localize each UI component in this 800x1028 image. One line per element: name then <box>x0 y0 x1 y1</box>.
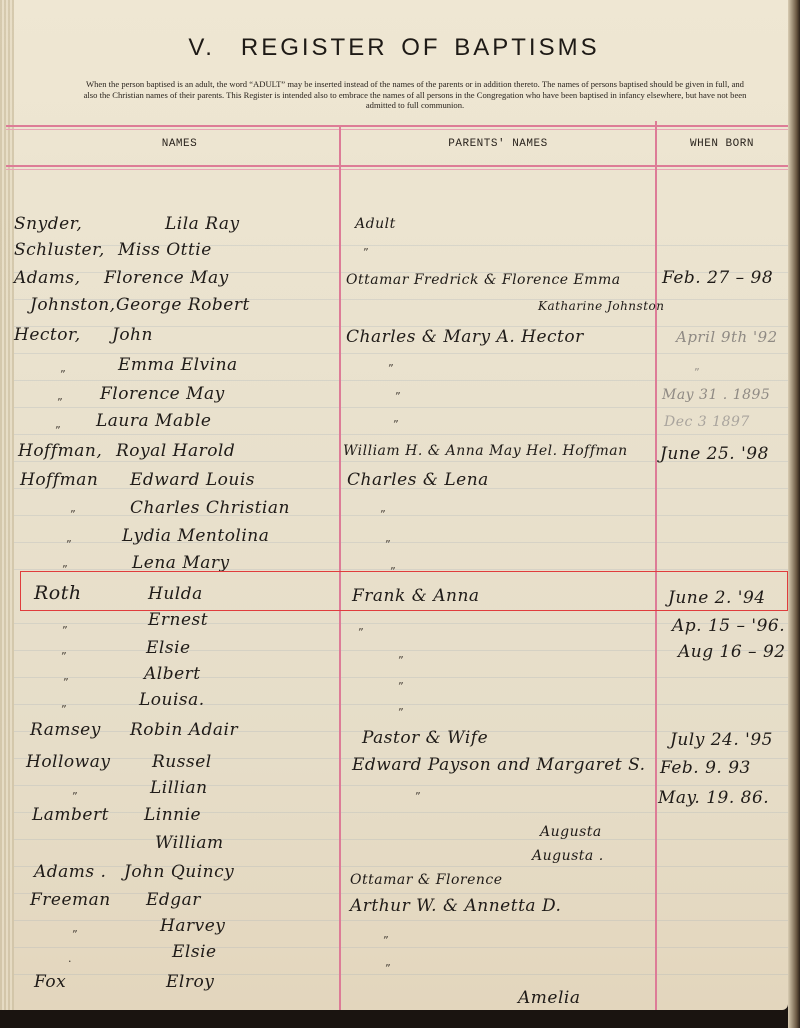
entry-parents: Charles & Mary A. Hector <box>346 327 584 347</box>
page-title: V.REGISTER OF BAPTISMS <box>0 34 788 62</box>
entry-given-name: Robin Adair <box>130 720 238 740</box>
entry-parents: Edward Payson and Margaret S. <box>352 755 646 775</box>
entry-given-name: Charles Christian <box>130 498 290 518</box>
column-divider-2 <box>655 121 657 1010</box>
entry-surname: ” <box>63 676 69 689</box>
entry-surname: ” <box>57 396 63 409</box>
title-text: REGISTER OF BAPTISMS <box>241 34 600 61</box>
entry-born: ” <box>694 366 700 379</box>
column-header-names: NAMES <box>20 138 339 150</box>
entry-parents: Arthur W. & Annetta D. <box>350 896 561 916</box>
entry-given-name: Linnie <box>144 805 201 825</box>
entry-parents: ” <box>395 390 401 403</box>
entry-born: June 2. '94 <box>668 588 766 608</box>
entry-parents: Adult <box>355 216 396 232</box>
entry-surname: ” <box>66 538 72 551</box>
entry-surname: ” <box>62 624 68 637</box>
entry-parents: ” <box>358 626 364 639</box>
entry-given-name: Louisa. <box>139 690 205 710</box>
entry-parents: Ottamar Fredrick & Florence Emma <box>346 272 621 288</box>
entry-parents: Augusta . <box>532 848 604 864</box>
entry-surname: Hoffman <box>20 470 98 490</box>
entry-surname: . <box>68 952 72 965</box>
entry-surname: Snyder, <box>14 214 82 234</box>
entry-given-name: Ernest <box>148 610 208 630</box>
entry-surname: ” <box>72 928 78 941</box>
book-binding-edge <box>788 0 800 1028</box>
entry-surname: ” <box>60 368 66 381</box>
entry-parents: Frank & Anna <box>352 586 480 606</box>
entry-surname: Holloway <box>26 752 110 772</box>
entry-given-name: Florence May <box>104 268 229 288</box>
entry-parents: Ottamar & Florence <box>350 872 503 888</box>
entry-given-name: George Robert <box>116 295 250 315</box>
entry-surname: Schluster, <box>14 240 105 260</box>
entry-given-name: Hulda <box>148 584 203 604</box>
entry-given-name: Elsie <box>172 942 217 962</box>
entry-given-name: Russel <box>152 752 212 772</box>
entry-given-name: John <box>112 325 153 345</box>
entry-born: Feb. 9. 93 <box>660 758 751 778</box>
entry-parents: ” <box>380 508 386 521</box>
page-edge-left <box>0 0 14 1010</box>
entry-surname: Freeman <box>30 890 111 910</box>
entry-given-name: John Quincy <box>124 862 234 882</box>
entry-parents: ” <box>415 790 421 803</box>
entry-surname: Adams, <box>14 268 81 288</box>
entry-parents: Charles & Lena <box>347 470 489 490</box>
entry-parents: Pastor & Wife <box>362 728 488 748</box>
entry-surname: Ramsey <box>30 720 101 740</box>
entry-parents: William H. & Anna May Hel. Hoffman <box>343 443 628 459</box>
register-page: V.REGISTER OF BAPTISMS When the person b… <box>0 0 788 1010</box>
entry-given-name: William <box>155 833 224 853</box>
entry-parents: ” <box>385 538 391 551</box>
entry-given-name: Emma Elvina <box>118 355 238 375</box>
entry-parents: ” <box>363 246 369 259</box>
entry-given-name: Laura Mable <box>96 411 211 431</box>
entry-surname: ” <box>55 424 61 437</box>
entry-surname: Hector, <box>14 325 81 345</box>
entry-born: Ap. 15 – '96. <box>672 616 785 636</box>
column-header-parents: PARENTS' NAMES <box>341 138 655 150</box>
section-number: V. <box>188 34 214 61</box>
entry-given-name: Lena Mary <box>132 553 230 573</box>
entry-surname: Lambert <box>32 805 109 825</box>
entry-born: April 9th '92 <box>676 328 778 346</box>
entry-born: July 24. '95 <box>670 730 773 750</box>
entry-parents: Amelia <box>518 988 580 1008</box>
header-top-rule <box>6 125 788 127</box>
column-header-when-born: WHEN BORN <box>657 138 787 150</box>
entry-parents: ” <box>383 934 389 947</box>
entry-parents: ” <box>398 706 404 719</box>
entry-parents: Katharine Johnston <box>538 299 664 313</box>
instructions-text: When the person baptised is an adult, th… <box>80 79 750 111</box>
entry-surname: Roth <box>34 582 82 604</box>
entry-born: Feb. 27 – 98 <box>662 268 773 288</box>
entry-surname: ” <box>70 508 76 521</box>
entry-surname: Johnston, <box>30 295 116 315</box>
entry-parents: ” <box>393 418 399 431</box>
entry-given-name: Lydia Mentolina <box>122 526 269 546</box>
entry-surname: ” <box>61 703 67 716</box>
header-bottom-rule <box>6 165 788 167</box>
entry-surname: Hoffman, <box>18 441 102 461</box>
entry-born: June 25. '98 <box>660 444 769 464</box>
entry-surname: ” <box>61 650 67 663</box>
entry-parents: ” <box>398 654 404 667</box>
entry-born: Dec 3 1897 <box>664 414 750 430</box>
entry-given-name: Elroy <box>166 972 214 992</box>
entry-given-name: Harvey <box>160 916 225 936</box>
entry-born: May 31 . 1895 <box>662 387 770 403</box>
column-divider-1 <box>339 127 341 1010</box>
entry-born: Aug 16 – 92 <box>678 642 786 662</box>
entry-born: May. 19. 86. <box>658 788 769 808</box>
entry-surname: ” <box>72 790 78 803</box>
entry-parents: ” <box>388 362 394 375</box>
entry-given-name: Royal Harold <box>116 441 235 461</box>
entry-given-name: Florence May <box>100 384 225 404</box>
entry-given-name: Lillian <box>150 778 208 798</box>
entry-given-name: Elsie <box>146 638 191 658</box>
entry-parents: Augusta <box>540 824 602 840</box>
entry-given-name: Edgar <box>146 890 201 910</box>
entry-given-name: Albert <box>144 664 201 684</box>
entry-parents: ” <box>398 680 404 693</box>
entry-given-name: Lila Ray <box>165 214 240 234</box>
entry-surname: Adams . <box>34 862 106 882</box>
entry-given-name: Edward Louis <box>130 470 255 490</box>
entry-surname: Fox <box>34 972 66 992</box>
entry-parents: ” <box>385 962 391 975</box>
entry-given-name: Miss Ottie <box>118 240 212 260</box>
